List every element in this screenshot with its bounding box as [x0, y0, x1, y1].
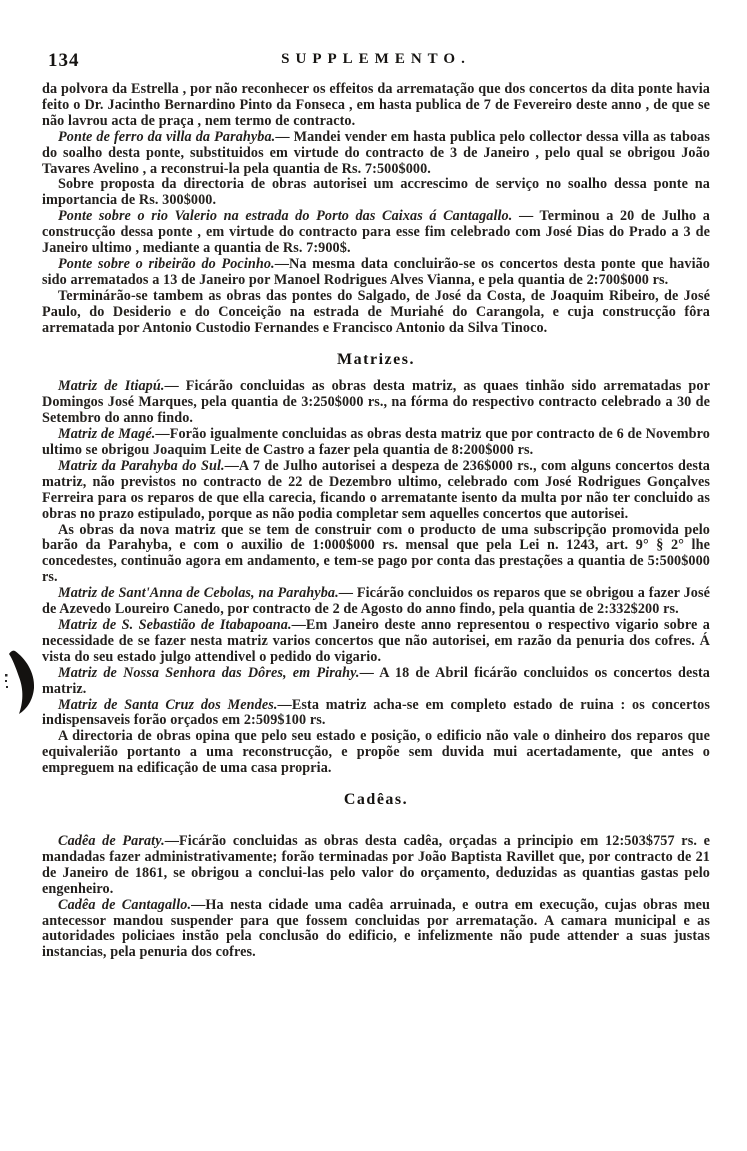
document-page: 134 SUPPLEMENTO. da polvora da Estrella …: [0, 0, 747, 1151]
paragraph-lead: Matriz de S. Sebastião de Itabapoana.: [58, 617, 292, 633]
paragraph: Sobre proposta da directoria de obras au…: [42, 177, 710, 209]
paragraph-text: As obras da nova matriz que se tem de co…: [42, 522, 710, 586]
paragraph-lead: Matriz da Parahyba do Sul.: [58, 458, 225, 474]
paragraph: Matriz de Nossa Senhora das Dôres, em Pi…: [42, 666, 710, 698]
paragraph-lead: Matriz de Santa Cruz dos Mendes.: [58, 697, 278, 713]
paragraph: Ponte sobre o ribeirão do Pocinho.—Na me…: [42, 257, 710, 289]
section-heading: Cadêas.: [42, 792, 710, 808]
page-body: da polvora da Estrella , por não reconhe…: [42, 82, 710, 961]
paragraph: Matriz de Sant'Anna de Cebolas, na Parah…: [42, 586, 710, 618]
paragraph-lead: Matriz de Sant'Anna de Cebolas, na Parah…: [58, 585, 339, 601]
paragraph: Matriz de Itiapú.— Ficárão concluidas as…: [42, 379, 710, 427]
paragraph: As obras da nova matriz que se tem de co…: [42, 523, 710, 587]
paragraph-lead: Ponte de ferro da villa da Parahyba.: [58, 129, 275, 145]
page-header-title: SUPPLEMENTO.: [42, 51, 710, 68]
ink-blot-stain: [5, 648, 41, 716]
paragraph-text: Sobre proposta da directoria de obras au…: [42, 176, 710, 208]
paragraph: Terminárão-se tambem as obras das pontes…: [42, 289, 710, 337]
paragraph-lead: Ponte sobre o ribeirão do Pocinho.: [58, 256, 275, 272]
paragraph-lead: Matriz de Itiapú.: [58, 378, 165, 394]
paragraph: Cadêa de Paraty.—Ficárão concluidas as o…: [42, 834, 710, 898]
paragraph-lead: Matriz de Magé.: [58, 426, 155, 442]
paragraph: Matriz de Magé.—Forão igualmente conclui…: [42, 427, 710, 459]
paragraph-lead: Matriz de Nossa Senhora das Dôres, em Pi…: [58, 665, 360, 681]
paragraph: Matriz de S. Sebastião de Itabapoana.—Em…: [42, 618, 710, 666]
paragraph: Matriz de Santa Cruz dos Mendes.—Esta ma…: [42, 698, 710, 730]
paragraph-lead: Ponte sobre o rio Valerio na estrada do …: [58, 208, 512, 224]
paragraph: Ponte sobre o rio Valerio na estrada do …: [42, 209, 710, 257]
paragraph-lead: Cadêa de Cantagallo.: [58, 897, 191, 913]
paragraph: Matriz da Parahyba do Sul.—A 7 de Julho …: [42, 459, 710, 523]
page-header: 134 SUPPLEMENTO.: [42, 50, 710, 76]
paragraph-text: A directoria de obras opina que pelo seu…: [42, 728, 710, 776]
paragraph: da polvora da Estrella , por não reconhe…: [42, 82, 710, 130]
paragraph-text: Terminárão-se tambem as obras das pontes…: [42, 288, 710, 336]
paragraph-lead: Cadêa de Paraty.: [58, 833, 165, 849]
paragraph-text: da polvora da Estrella , por não reconhe…: [42, 81, 710, 129]
paragraph: A directoria de obras opina que pelo seu…: [42, 729, 710, 777]
ink-blot-icon: [5, 648, 41, 716]
section-heading: Matrizes.: [42, 352, 710, 368]
paragraph: Ponte de ferro da villa da Parahyba.— Ma…: [42, 130, 710, 178]
paragraph: Cadêa de Cantagallo.—Ha nesta cidade uma…: [42, 898, 710, 962]
